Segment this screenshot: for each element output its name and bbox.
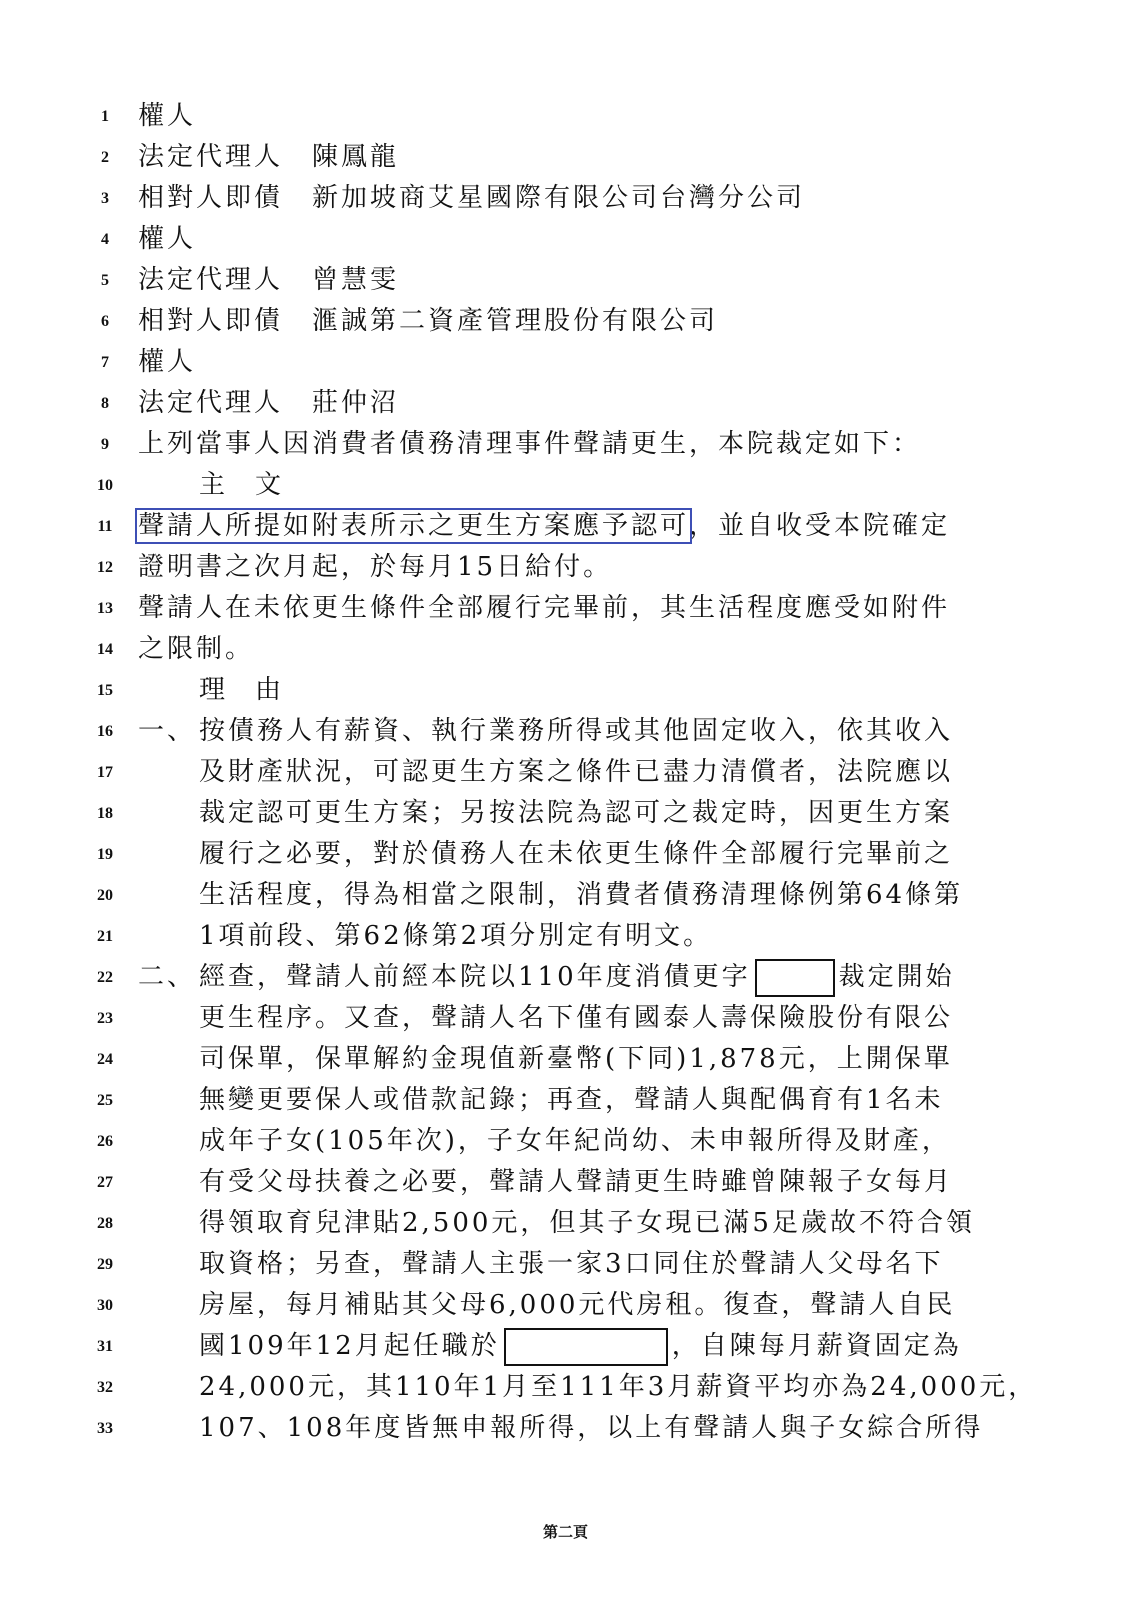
line-text: 更生程序。又查，聲請人名下僅有國泰人壽保險股份有限公	[199, 1000, 953, 1036]
doc-line: 5 法定代理人 曾慧雯	[0, 260, 1131, 301]
line-text: 證明書之次月起，於每月15日給付。	[138, 549, 612, 585]
line-text: 生活程度，得為相當之限制，消費者債務清理條例第64條第	[199, 877, 963, 913]
doc-line: 17 及財產狀況，可認更生方案之條件已盡力清償者，法院應以	[0, 752, 1131, 793]
line-text: 權人	[138, 221, 196, 257]
line-text: 履行之必要，對於債務人在未依更生條件全部履行完畢前之	[199, 836, 953, 872]
line-number: 10	[92, 477, 118, 495]
doc-line: 25 無變更要保人或借款記錄；再查，聲請人與配偶育有1名未	[0, 1080, 1131, 1121]
line-text: 裁定認可更生方案；另按法院為認可之裁定時，因更生方案	[199, 795, 953, 831]
highlighted-text[interactable]: 聲請人所提如附表所示之更生方案應予認可	[138, 511, 689, 541]
line-text: 權人	[138, 98, 196, 134]
line-text: 房屋，每月補貼其父母6,000元代房租。復查，聲請人自民	[199, 1287, 955, 1323]
doc-line: 1 權人	[0, 96, 1131, 137]
line-text: 成年子女(105年次)，子女年紀尚幼、未申報所得及財產，	[199, 1123, 951, 1159]
line-text: 得領取育兒津貼2,500元，但其子女現已滿5足歲故不符合領	[199, 1205, 975, 1241]
doc-line: 20 生活程度，得為相當之限制，消費者債務清理條例第64條第	[0, 875, 1131, 916]
line-number: 21	[92, 928, 118, 946]
line-number: 16	[92, 723, 118, 741]
line-number: 28	[92, 1215, 118, 1233]
redacted-case-number	[755, 959, 835, 997]
doc-line: 22 二、 經查，聲請人前經本院以110年度消債更字裁定開始	[0, 957, 1131, 998]
line-text: 聲請人所提如附表所示之更生方案應予認可，並自收受本院確定	[138, 508, 950, 544]
line-text: 有受父母扶養之必要，聲請人聲請更生時雖曾陳報子女每月	[199, 1164, 953, 1200]
line-number: 9	[92, 436, 118, 454]
redacted-employer	[504, 1328, 668, 1366]
line-number: 6	[92, 313, 118, 331]
line-number: 25	[92, 1092, 118, 1110]
line-text: 無變更要保人或借款記錄；再查，聲請人與配偶育有1名未	[199, 1082, 944, 1118]
line-text: 國109年12月起任職於，自陳每月薪資固定為	[199, 1328, 962, 1366]
doc-line: 16 一、 按債務人有薪資、執行業務所得或其他固定收入，依其收入	[0, 711, 1131, 752]
line-number: 15	[92, 682, 118, 700]
line-number: 31	[92, 1338, 118, 1356]
doc-line: 8 法定代理人 莊仲沼	[0, 383, 1131, 424]
line-text: 聲請人在未依更生條件全部履行完畢前，其生活程度應受如附件	[138, 590, 950, 626]
line-text-before: 國109年12月起任職於	[199, 1331, 500, 1361]
line-number: 17	[92, 764, 118, 782]
line-text: 按債務人有薪資、執行業務所得或其他固定收入，依其收入	[199, 713, 953, 749]
line-number: 24	[92, 1051, 118, 1069]
doc-line: 26 成年子女(105年次)，子女年紀尚幼、未申報所得及財產，	[0, 1121, 1131, 1162]
line-text: 24,000元，其110年1月至111年3月薪資平均亦為24,000元，	[199, 1369, 1037, 1405]
doc-line: 32 24,000元，其110年1月至111年3月薪資平均亦為24,000元，	[0, 1367, 1131, 1408]
list-marker: 一、	[138, 713, 196, 749]
list-marker: 二、	[138, 959, 196, 995]
line-number: 13	[92, 600, 118, 618]
line-number: 23	[92, 1010, 118, 1028]
line-text: 司保單，保單解約金現值新臺幣(下同)1,878元，上開保單	[199, 1041, 953, 1077]
line-number: 20	[92, 887, 118, 905]
line-text: 上列當事人因消費者債務清理事件聲請更生，本院裁定如下：	[138, 426, 921, 462]
line-number: 4	[92, 231, 118, 249]
line-number: 30	[92, 1297, 118, 1315]
doc-line: 28 得領取育兒津貼2,500元，但其子女現已滿5足歲故不符合領	[0, 1203, 1131, 1244]
document-page: 1 權人 2 法定代理人 陳鳳龍 3 相對人即債 新加坡商艾星國際有限公司台灣分…	[0, 0, 1131, 1600]
line-number: 32	[92, 1379, 118, 1397]
line-number: 33	[92, 1420, 118, 1438]
line-text: 相對人即債 新加坡商艾星國際有限公司台灣分公司	[138, 180, 805, 216]
line-number: 11	[92, 518, 118, 536]
line-number: 27	[92, 1174, 118, 1192]
line-number: 3	[92, 190, 118, 208]
doc-line: 23 更生程序。又查，聲請人名下僅有國泰人壽保險股份有限公	[0, 998, 1131, 1039]
line-number: 5	[92, 272, 118, 290]
line-text: 1項前段、第62條第2項分別定有明文。	[199, 918, 712, 954]
doc-line: 27 有受父母扶養之必要，聲請人聲請更生時雖曾陳報子女每月	[0, 1162, 1131, 1203]
line-text: 取資格；另查，聲請人主張一家3口同住於聲請人父母名下	[199, 1246, 944, 1282]
doc-line: 10 主文	[0, 465, 1131, 506]
doc-line: 3 相對人即債 新加坡商艾星國際有限公司台灣分公司	[0, 178, 1131, 219]
line-number: 2	[92, 149, 118, 167]
line-text-before: 經查，聲請人前經本院以110年度消債更字	[199, 962, 751, 992]
doc-line: 12 證明書之次月起，於每月15日給付。	[0, 547, 1131, 588]
line-text: 法定代理人 莊仲沼	[138, 385, 399, 421]
doc-line: 33 107、108年度皆無申報所得，以上有聲請人與子女綜合所得	[0, 1408, 1131, 1449]
section-heading-main: 主文	[199, 467, 311, 503]
line-text-after: 裁定開始	[839, 962, 955, 992]
line-text: 之限制。	[138, 631, 254, 667]
line-text: 法定代理人 曾慧雯	[138, 262, 399, 298]
doc-line: 24 司保單，保單解約金現值新臺幣(下同)1,878元，上開保單	[0, 1039, 1131, 1080]
line-text-rest: ，並自收受本院確定	[689, 511, 950, 541]
line-text: 權人	[138, 344, 196, 380]
line-text: 法定代理人 陳鳳龍	[138, 139, 399, 175]
doc-line: 11 聲請人所提如附表所示之更生方案應予認可，並自收受本院確定	[0, 506, 1131, 547]
page-number: 第二頁	[0, 1521, 1131, 1542]
section-heading-reasons: 理由	[199, 672, 311, 708]
line-text: 相對人即債 滙誠第二資產管理股份有限公司	[138, 303, 718, 339]
doc-line: 13 聲請人在未依更生條件全部履行完畢前，其生活程度應受如附件	[0, 588, 1131, 629]
doc-line: 29 取資格；另查，聲請人主張一家3口同住於聲請人父母名下	[0, 1244, 1131, 1285]
line-number: 18	[92, 805, 118, 823]
line-text: 及財產狀況，可認更生方案之條件已盡力清償者，法院應以	[199, 754, 953, 790]
line-number: 8	[92, 395, 118, 413]
doc-line: 2 法定代理人 陳鳳龍	[0, 137, 1131, 178]
doc-line: 14 之限制。	[0, 629, 1131, 670]
doc-line: 15 理由	[0, 670, 1131, 711]
doc-line: 21 1項前段、第62條第2項分別定有明文。	[0, 916, 1131, 957]
doc-line: 30 房屋，每月補貼其父母6,000元代房租。復查，聲請人自民	[0, 1285, 1131, 1326]
line-text-after: ，自陳每月薪資固定為	[672, 1331, 962, 1361]
line-text: 經查，聲請人前經本院以110年度消債更字裁定開始	[199, 959, 955, 997]
line-number: 12	[92, 559, 118, 577]
doc-line: 4 權人	[0, 219, 1131, 260]
doc-line: 19 履行之必要，對於債務人在未依更生條件全部履行完畢前之	[0, 834, 1131, 875]
doc-line: 18 裁定認可更生方案；另按法院為認可之裁定時，因更生方案	[0, 793, 1131, 834]
line-number: 14	[92, 641, 118, 659]
line-number: 7	[92, 354, 118, 372]
line-number: 22	[92, 969, 118, 987]
line-number: 1	[92, 108, 118, 126]
doc-line: 9 上列當事人因消費者債務清理事件聲請更生，本院裁定如下：	[0, 424, 1131, 465]
line-number: 19	[92, 846, 118, 864]
doc-line: 6 相對人即債 滙誠第二資產管理股份有限公司	[0, 301, 1131, 342]
line-text: 107、108年度皆無申報所得，以上有聲請人與子女綜合所得	[199, 1410, 983, 1446]
doc-line: 7 權人	[0, 342, 1131, 383]
line-number: 29	[92, 1256, 118, 1274]
doc-line: 31 國109年12月起任職於，自陳每月薪資固定為	[0, 1326, 1131, 1367]
line-number: 26	[92, 1133, 118, 1151]
